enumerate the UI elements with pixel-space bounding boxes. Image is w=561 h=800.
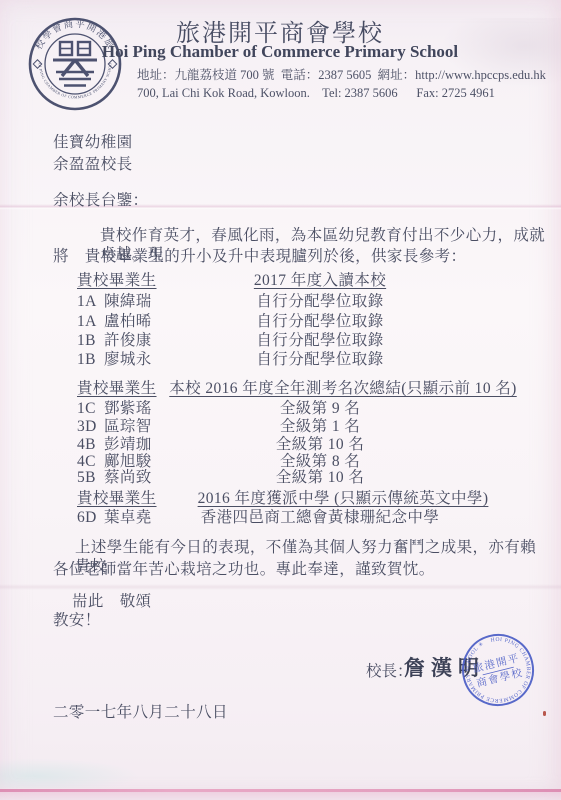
student-result: 自行分配學位取錄 <box>135 312 505 331</box>
section3-right-header: 2016 年度獲派中學 (只顯示傳統英文中學) <box>168 489 518 508</box>
regards: 教安！ <box>53 611 101 630</box>
student-result: 全級第 9 名 <box>135 399 505 418</box>
valediction: 耑此 敬頌 <box>72 592 152 611</box>
section3-left-header: 貴校畢業生 <box>77 489 157 508</box>
section2-left-header: 貴校畢業生 <box>77 379 157 398</box>
recipient-organization: 佳寶幼稚園 <box>53 133 133 152</box>
school-name-en: Hoi Ping Chamber of Commerce Primary Sch… <box>40 42 520 62</box>
student-class: 3D <box>77 417 104 436</box>
paper-crease <box>0 584 561 590</box>
salutation: 余校長台鑒： <box>53 191 148 210</box>
school-address-zh: 地址：九龍荔枝道 700 號 電話：2387 5605 網址：http://ww… <box>137 65 546 83</box>
school-stamp-icon: HOI PING CHAMBER OF COMMERCE PRIMARY SCH… <box>450 622 547 719</box>
student-result: 全級第 10 名 <box>135 468 505 487</box>
student-class: 1A <box>77 312 104 331</box>
student-result: 自行分配學位取錄 <box>135 331 505 350</box>
letter-page: 校學會商平開港旅 HOI PING CHAMBER OF COMMERCE PR… <box>0 0 561 800</box>
recipient-person: 余盈盈校長 <box>53 155 133 174</box>
student-result: 香港四邑商工總會黃棣珊紀念中學 <box>135 508 505 527</box>
section1-right-header: 2017 年度入讀本校 <box>135 271 505 290</box>
student-result: 自行分配學位取錄 <box>135 350 505 369</box>
school-address-en: 700, Lai Chi Kok Road, Kowloon. Tel: 238… <box>137 86 495 101</box>
closing-line: 各位老師當年苦心栽培之功也。專此奉達，謹致賀忱。 <box>53 560 435 579</box>
student-class: 1B <box>77 350 104 369</box>
student-class: 1A <box>77 292 104 311</box>
student-result: 自行分配學位取錄 <box>135 292 505 311</box>
svg-text:HOI PING CHAMBER OF COMMERCE P: HOI PING CHAMBER OF COMMERCE PRIMARY SCH… <box>458 630 538 710</box>
intro-line: 將 貴校畢業生的升小及升中表現臚列於後，供家長參考： <box>53 247 466 266</box>
student-class: 1C <box>77 399 104 418</box>
ink-speck <box>543 711 546 716</box>
letter-date: 二零一七年八月二十八日 <box>53 703 228 722</box>
student-class: 5B <box>77 468 104 487</box>
scan-edge-glow <box>0 792 561 800</box>
stamp-ring-text: HOI PING CHAMBER OF COMMERCE PRIMARY SCH… <box>458 630 538 710</box>
student-class: 6D <box>77 508 104 527</box>
student-class: 1B <box>77 331 104 350</box>
section2-right-header: 本校 2016 年度全年測考名次總結(只顯示前 10 名) <box>168 379 518 398</box>
scan-smudge <box>0 758 140 788</box>
student-result: 全級第 1 名 <box>135 417 505 436</box>
